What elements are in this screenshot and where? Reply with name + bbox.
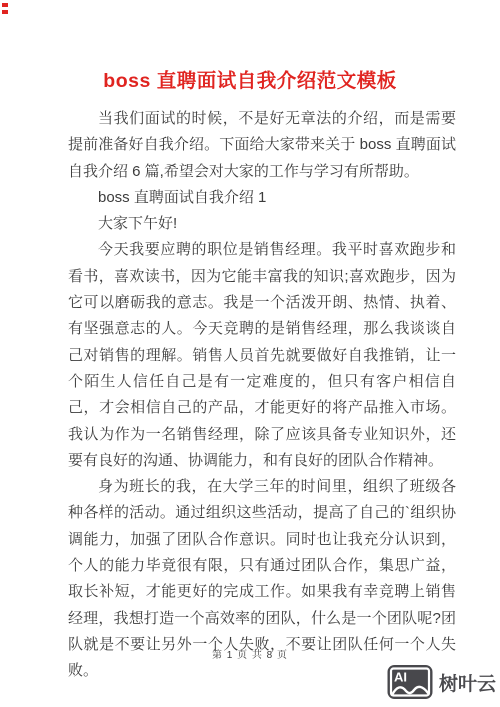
- ai-image-icon: AI: [387, 664, 433, 700]
- document-page: boss 直聘面试自我介绍范文模板 当我们面试的时候，不是好无章法的介绍，而是需…: [0, 0, 500, 707]
- corner-mark: [2, 3, 8, 7]
- paragraph-self-intro: 今天我要应聘的职位是销售经理。我平时喜欢跑步和看书，喜欢读书，因为它能丰富我的知…: [68, 237, 456, 474]
- paragraph-intro: 当我们面试的时候，不是好无章法的介绍，而是需要提前准备好自我介绍。下面给大家带来…: [68, 106, 456, 185]
- ai-icon-label: AI: [394, 670, 407, 685]
- page-number: 第 1 页 共 8 页: [0, 646, 500, 661]
- paragraph-greeting: 大家下午好!: [68, 211, 456, 237]
- corner-mark: [2, 10, 8, 14]
- watermark-logo: AI 树叶云: [387, 664, 496, 700]
- watermark-brand-text: 树叶云: [439, 669, 496, 696]
- page-title: boss 直聘面试自我介绍范文模板: [0, 0, 500, 93]
- paragraph-section-heading: boss 直聘面试自我介绍 1: [68, 185, 456, 211]
- document-body: 当我们面试的时候，不是好无章法的介绍，而是需要提前准备好自我介绍。下面给大家带来…: [68, 106, 456, 685]
